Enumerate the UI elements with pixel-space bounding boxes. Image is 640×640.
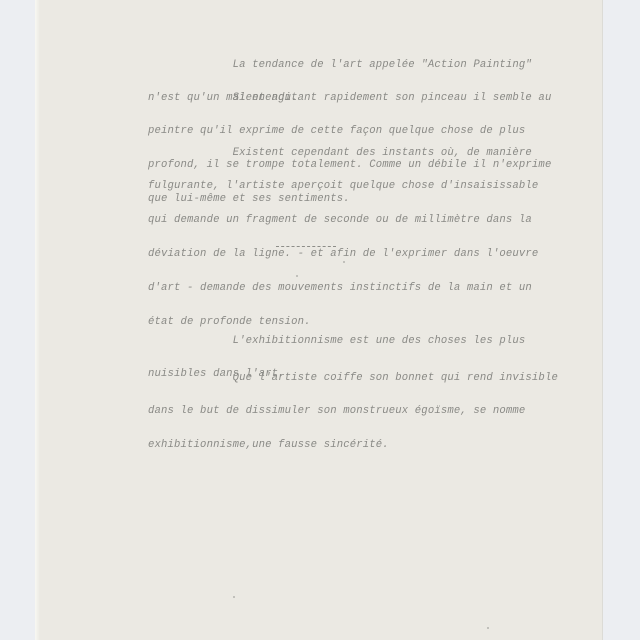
text-line: déviation de la ligne. - et afin de l'ex…: [148, 249, 538, 260]
text-line: Que l'artiste coiffe son bonnet qui rend…: [148, 373, 558, 384]
text-line: fulgurante, l'artiste aperçoit quelque c…: [148, 181, 538, 192]
text-line: Existent cependant des instants où, de m…: [148, 148, 538, 159]
text-line: L'exhibitionnisme est une des choses les…: [148, 336, 525, 347]
paper-speck: [343, 261, 345, 263]
text-line: dans le but de dissimuler son monstrueux…: [148, 406, 558, 417]
paper-speck: [233, 596, 235, 598]
paragraph-instants: Existent cependant des instants où, de m…: [148, 125, 538, 340]
text-line: qui demande un fragment de seconde ou de…: [148, 215, 538, 226]
text-line: exhibitionnisme,une fausse sincérité.: [148, 440, 558, 451]
section-separator: [276, 246, 336, 247]
text-line: Si en agitant rapidement son pinceau il …: [148, 93, 551, 104]
text-line: d'art - demande des mouvements instincti…: [148, 283, 538, 294]
paper-speck: [487, 627, 489, 629]
paragraph-bonnet: Que l'artiste coiffe son bonnet qui rend…: [148, 350, 558, 463]
paper-speck: [296, 275, 298, 277]
